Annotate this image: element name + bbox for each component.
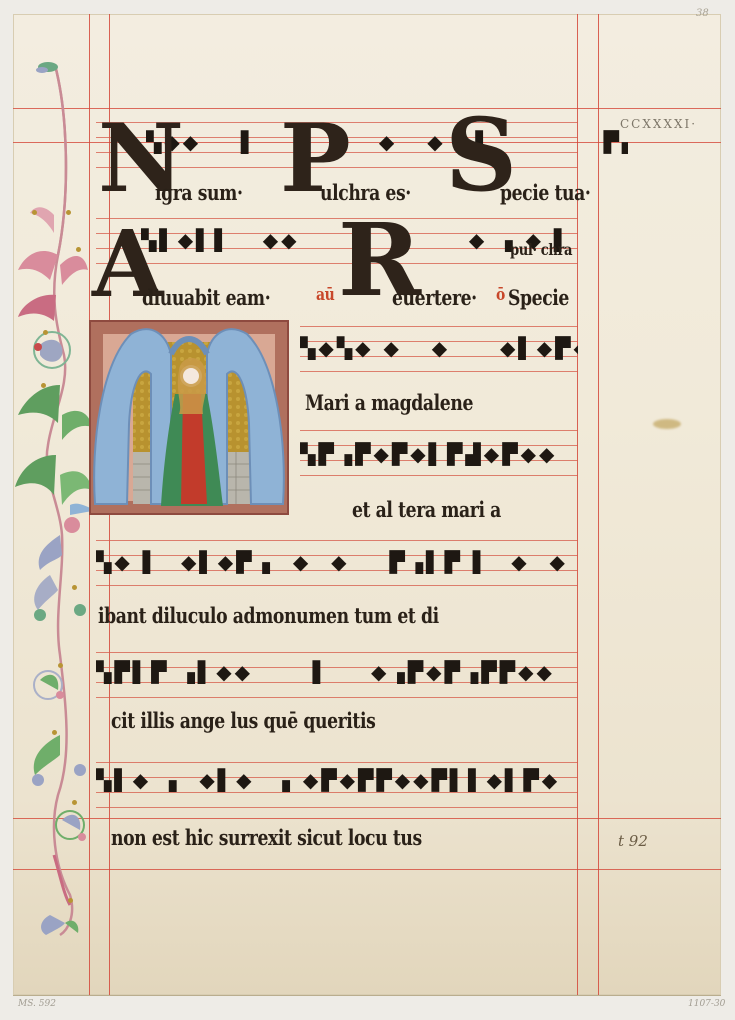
mary-magdalene-miniature-icon — [91, 324, 287, 512]
staff-2: ▚▌◆▌▌ ◆◆ ◆ ▗ ◆ ▌ — [96, 218, 578, 278]
parchment-stain — [653, 419, 681, 429]
gold-dot — [76, 247, 81, 252]
staff-3: ▚◆▚◆ ◆ ◆ ◆▌◆▛◆▛ — [300, 326, 578, 386]
staff-7: ▚▌◆ ▗ ◆▌◆ ▗ ◆▛◆▛▛◆◆▛▌▌◆▌▛◆ — [96, 762, 578, 812]
gold-dot — [32, 210, 37, 215]
staff-4: ▚▛▗▛◆▛◆▌▛▟◆▛◆◆ — [300, 430, 578, 490]
page-number: 38 — [696, 8, 709, 19]
lyric-7: non est hic surrexit sicut locu tus — [111, 825, 422, 850]
lyric-6: cit illis ange lus quē queritis — [111, 708, 375, 733]
gold-dot — [72, 585, 77, 590]
gold-dot — [66, 210, 71, 215]
rubric-antiphon: aū — [316, 285, 334, 305]
lyric-2-overline: pul· chra — [510, 240, 572, 259]
gold-dot — [52, 730, 57, 735]
neumes-7: ▚▌◆ ▗ ◆▌◆ ▗ ◆▛◆▛▛◆◆▛▌▌◆▌▛◆ — [96, 768, 578, 828]
gold-dot — [58, 663, 63, 668]
neumes-4: ▚▛▗▛◆▛◆▌▛▟◆▛◆◆ — [300, 442, 578, 502]
lyric-2a: diuuabit eam· — [142, 285, 270, 310]
rubric-versicle: ō — [496, 285, 505, 305]
neumes-3: ▚◆▚◆ ◆ ◆ ◆▌◆▛◆▛ — [300, 336, 578, 396]
neumes-5: ▚◆ ▌ ◆▌◆▛▗ ◆ ◆ ▛▗▌▛ ▌ ◆ ◆ — [96, 550, 578, 610]
accession-number: 1107-30 — [688, 999, 725, 1009]
foliation-numeral: CCXXXXI· — [620, 117, 697, 131]
margin-note: t 92 — [618, 832, 648, 850]
ruling-horizontal-bottom-2 — [13, 869, 721, 870]
gold-dot — [72, 800, 77, 805]
gold-dot — [41, 383, 46, 388]
shelfmark: MS. 592 — [18, 999, 56, 1009]
staff-6: ▚▛▌▛ ▗▌◆◆ ▌ ◆▗▛◆▛▗▛▛◆◆ — [96, 652, 578, 712]
staff-5: ▚◆ ▌ ◆▌◆▛▗ ◆ ◆ ▛▗▌▛ ▌ ◆ ◆ — [96, 540, 578, 600]
lyric-4: et al tera mari a — [352, 497, 501, 522]
gold-dot — [68, 898, 73, 903]
lyric-2b: euertere· — [392, 285, 477, 310]
historiated-initial-m — [89, 320, 289, 515]
lyric-3: Mari a magdalene — [305, 390, 473, 415]
lyric-5: ibant diluculo admonumen tum et di — [98, 603, 439, 628]
lyric-1c: pecie tua· — [500, 180, 591, 205]
lyric-2c: Specie — [508, 285, 569, 310]
acanthus-border-icon — [10, 55, 95, 945]
lyric-1a: igra sum· — [155, 180, 243, 205]
gold-dot — [43, 330, 48, 335]
